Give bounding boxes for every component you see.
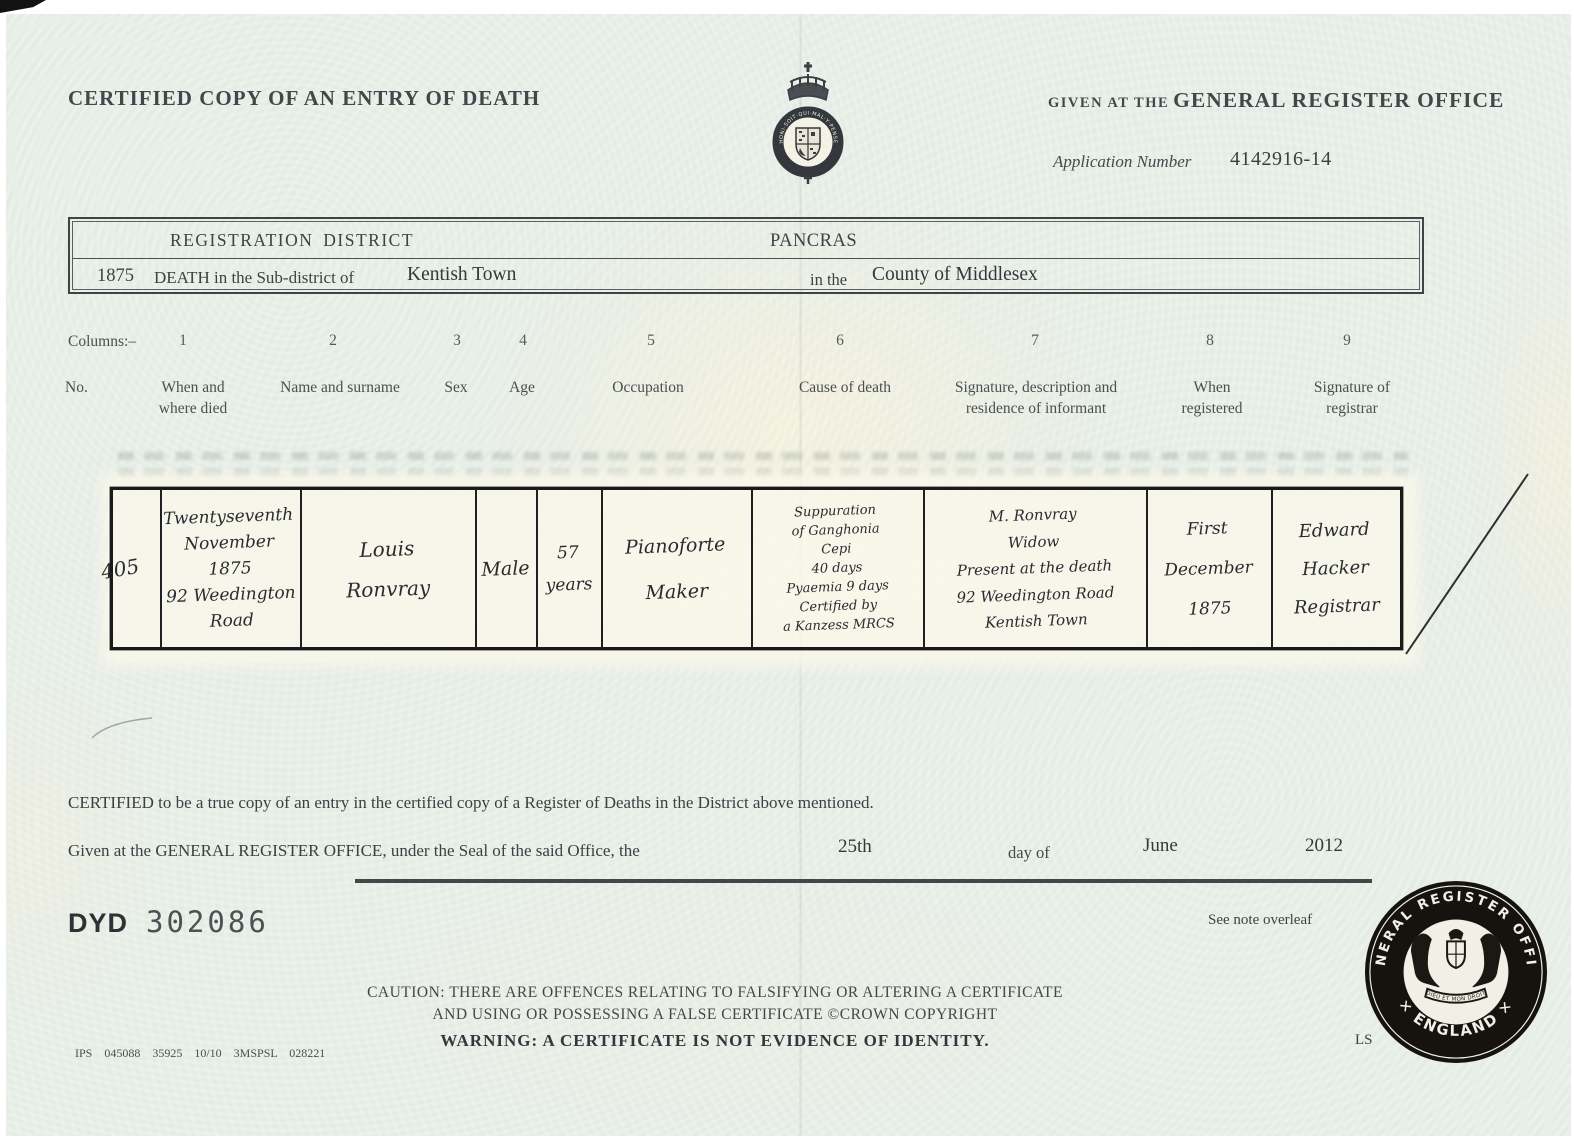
entry-line: Edward	[1298, 519, 1370, 542]
column-number-1: 1	[179, 332, 187, 350]
column-number-8: 8	[1206, 332, 1214, 350]
entry-cause-of-death: Suppuration of Ganghonia Cepi 40 days Py…	[748, 487, 925, 650]
scan-edge-speck	[1043, 4, 1053, 13]
header-line: registered	[1181, 398, 1242, 419]
registration-year: 1875	[97, 266, 134, 287]
ips-print-code: IPS 045088 35925 10/10 3MSPSL 028221	[75, 1046, 325, 1061]
scan-corner-artifact	[0, 0, 46, 13]
entry-line: Maker	[645, 579, 708, 603]
entry-line: Cepi	[821, 539, 852, 559]
given-at-prefix: GIVEN AT THE	[1048, 95, 1169, 111]
entry-sex: Male	[472, 489, 538, 648]
entry-line: Twentyseventh	[163, 501, 294, 532]
entry-informant: M. Ronvray Widow Present at the death 92…	[920, 486, 1148, 651]
registration-district-label: REGISTRATION DISTRICT	[170, 230, 414, 251]
county-name: County of Middlesex	[872, 264, 1038, 286]
entry-line: a Kanzess MRCS	[783, 614, 895, 637]
day-of-label: day of	[1008, 843, 1050, 863]
header-line: registrar	[1314, 398, 1390, 419]
header-no: No.	[65, 377, 88, 398]
entry-line: Pianoforte	[625, 533, 726, 558]
entry-line: December	[1164, 557, 1253, 580]
header-cause-of-death: Cause of death	[799, 377, 891, 398]
entry-when-where-died: Twentyseventh November 1875 92 Weedingto…	[157, 488, 302, 650]
header-line: Signature of	[1314, 377, 1390, 398]
given-at-office: GENERAL REGISTER OFFICE	[1173, 88, 1504, 112]
header-line: where died	[159, 398, 227, 419]
column-number-5: 5	[647, 332, 655, 350]
entry-line: 57	[557, 542, 579, 563]
in-the-label: in the	[810, 270, 847, 290]
caution-line-2: AND USING OR POSSESSING A FALSE CERTIFIC…	[300, 1006, 1130, 1024]
diagonal-pen-stroke	[1402, 468, 1534, 660]
entry-line: 92 Weedington	[166, 579, 296, 610]
application-number-label: Application Number	[1053, 152, 1191, 172]
header-when-registered: When registered	[1181, 377, 1242, 419]
footer-rule	[355, 879, 1372, 883]
entry-name: Louis Ronvray	[297, 487, 477, 650]
caution-line-1: CAUTION: THERE ARE OFFENCES RELATING TO …	[300, 984, 1130, 1002]
show-through-text	[118, 452, 1408, 460]
registration-district-box: REGISTRATION DISTRICT PANCRAS 1875 DEATH…	[68, 217, 1424, 294]
column-number-7: 7	[1031, 332, 1039, 350]
entry-no-value: 405	[99, 553, 141, 583]
column-number-9: 9	[1343, 332, 1351, 350]
gro-seal-icon: GENERAL REGISTER OFFICE ✕ ENGLAND ✕ DIEU…	[1362, 878, 1550, 1066]
header-line: When	[1181, 377, 1242, 398]
header-age: Age	[509, 377, 535, 398]
header-line: Signature, description and	[955, 377, 1117, 398]
district-box-divider	[73, 258, 1419, 259]
column-number-4: 4	[519, 332, 527, 350]
column-number-2: 2	[329, 332, 337, 350]
issue-month: June	[1143, 835, 1178, 857]
header-when-where-died: When and where died	[159, 377, 227, 419]
header-line: residence of informant	[955, 398, 1117, 419]
entry-age: 57 years	[533, 489, 603, 648]
entry-line: 1875	[208, 555, 252, 582]
entry-line: 1875	[1188, 598, 1232, 619]
entry-line: Kentish Town	[985, 606, 1089, 636]
entry-line: Ronvray	[346, 575, 431, 602]
header-sex: Sex	[444, 377, 467, 398]
header-name-surname: Name and surname	[280, 377, 400, 398]
entry-occupation: Pianoforte Maker	[598, 487, 753, 649]
serial-number: 302086	[146, 905, 269, 939]
entry-line: First	[1186, 518, 1228, 539]
subdistrict-name: Kentish Town	[407, 264, 516, 286]
entry-line: November	[184, 528, 275, 557]
entry-line: Male	[481, 557, 530, 581]
entry-when-registered: First December 1875	[1143, 488, 1273, 649]
district-name: PANCRAS	[770, 231, 857, 252]
entry-line: years	[545, 574, 592, 596]
serial-prefix: DYD	[68, 908, 128, 938]
header-occupation: Occupation	[612, 377, 683, 398]
see-note-overleaf: See note overleaf	[1208, 912, 1312, 929]
column-number-3: 3	[453, 332, 461, 350]
entry-line: Widow	[1007, 528, 1059, 556]
certificate-title: CERTIFIED COPY OF AN ENTRY OF DEATH	[68, 86, 540, 111]
application-number-value: 4142916-14	[1230, 148, 1332, 171]
death-certificate-scan: CERTIFIED COPY OF AN ENTRY OF DEATH HONI…	[0, 0, 1574, 1140]
issue-day: 25th	[838, 836, 872, 858]
header-line: When and	[159, 377, 227, 398]
entry-line: 40 days	[811, 558, 862, 579]
warning-line: WARNING: A CERTIFICATE IS NOT EVIDENCE O…	[300, 1031, 1130, 1051]
issue-year: 2012	[1305, 835, 1343, 857]
entry-line: M. Ronvray	[988, 501, 1077, 531]
columns-label: Columns:–	[68, 333, 136, 351]
register-entry-table: 405 Twentyseventh November 1875 92 Weedi…	[110, 487, 1403, 650]
entry-line: Registrar	[1294, 594, 1381, 618]
death-subdistrict-prefix: DEATH in the Sub-district of	[154, 268, 354, 288]
given-at-heading: GIVEN AT THE GENERAL REGISTER OFFICE	[1048, 88, 1504, 113]
entry-line: 92 Weedington Road	[956, 579, 1115, 611]
entry-line: Road	[209, 607, 254, 635]
certified-statement: CERTIFIED to be a true copy of an entry …	[68, 793, 874, 813]
given-seal-statement: Given at the GENERAL REGISTER OFFICE, un…	[68, 841, 640, 861]
header-informant: Signature, description and residence of …	[955, 377, 1117, 419]
stray-pen-mark	[88, 712, 158, 746]
royal-crest-icon: HONI·SOIT·QUI·MAL·Y·PENSE	[758, 60, 858, 196]
entry-line: Louis	[359, 536, 415, 562]
entry-line: of Ganghonia	[791, 519, 880, 541]
column-number-6: 6	[836, 332, 844, 350]
entry-no: 405	[89, 490, 151, 647]
header-signature-registrar: Signature of registrar	[1314, 377, 1390, 419]
certificate-serial: DYD 302086	[68, 905, 269, 939]
entry-registrar-signature: Edward Hacker Registrar	[1268, 488, 1402, 649]
entry-line: Hacker	[1302, 557, 1369, 580]
